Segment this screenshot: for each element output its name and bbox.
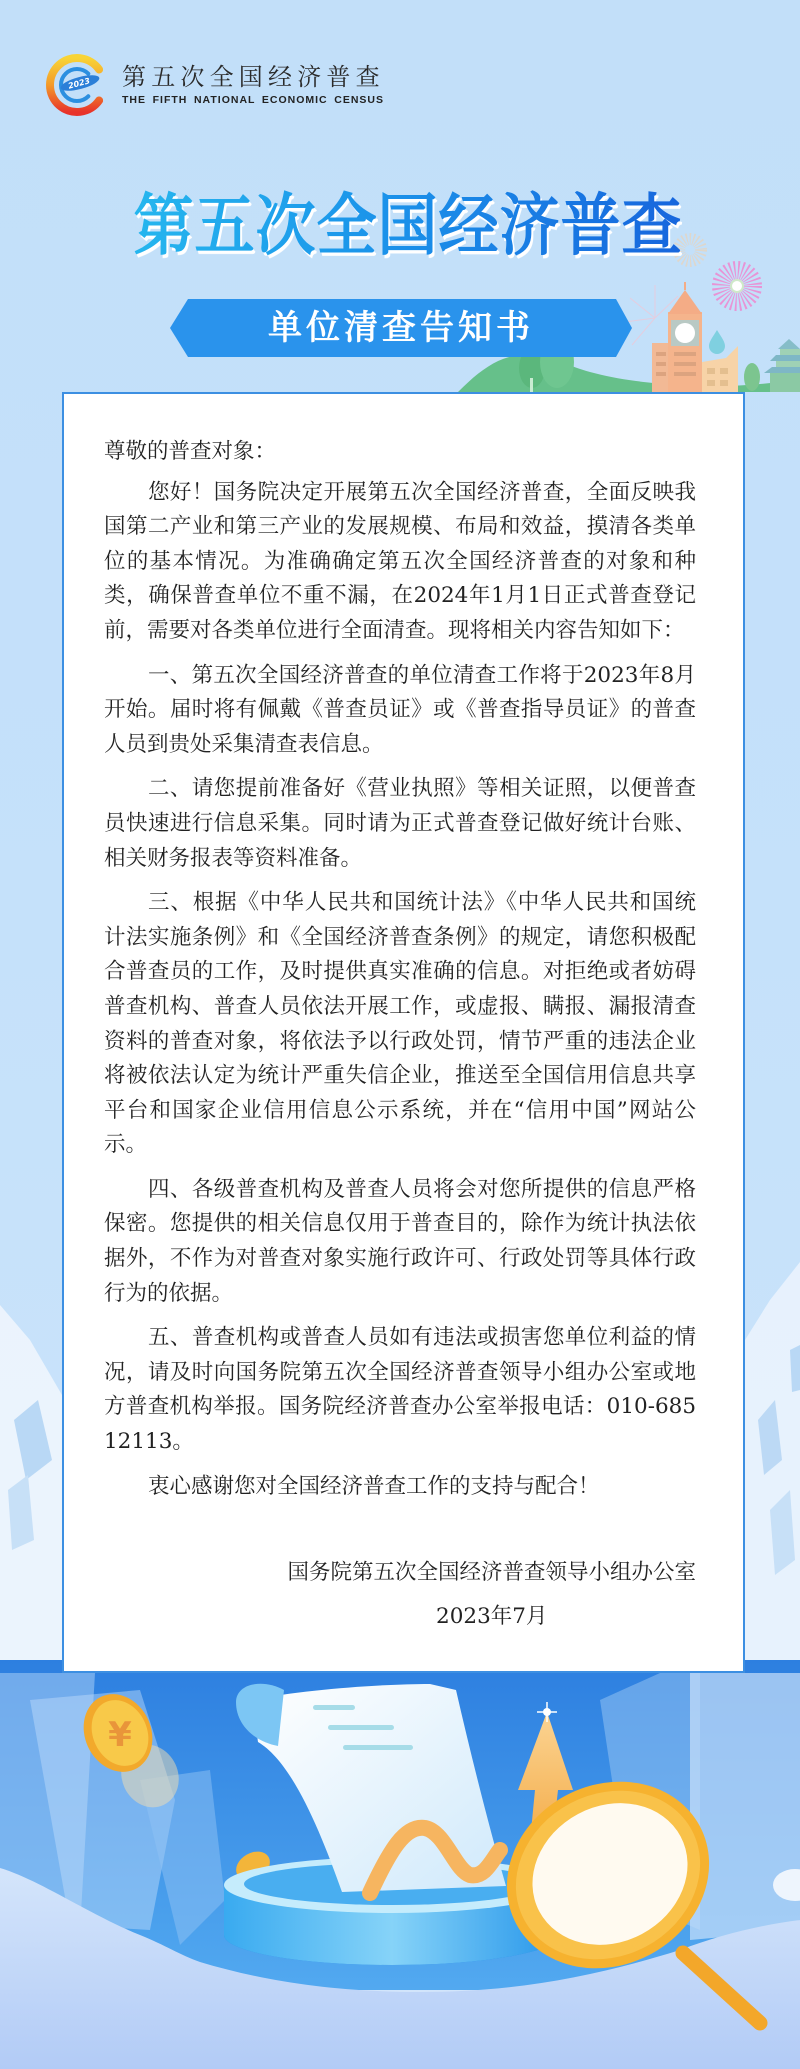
paragraph-line: 国第二产业和第三产业的发展规模、布局和效益，摸清各类单 bbox=[104, 510, 696, 545]
tree-icon bbox=[744, 363, 760, 391]
paragraph-intro: 您好！国务院决定开展第五次全国经济普查，全面反映我 国第二产业和第三产业的发展规… bbox=[104, 476, 696, 649]
paragraph-line: 类，确保普查单位不重不漏，在2024年1月1日正式普查登记 bbox=[104, 579, 696, 614]
firework-center bbox=[731, 280, 743, 292]
paragraph-line: 普查机构、普查人员依法开展工作，或虚报、瞒报、漏报清查 bbox=[104, 990, 696, 1025]
paragraph-line: 人员到贵处采集清查表信息。 bbox=[104, 728, 696, 763]
paragraph-line: 方普查机构举报。国务院经济普查办公室举报电话：010-685 bbox=[104, 1390, 696, 1425]
paragraph-line: 将被依法认定为统计严重失信企业，推送至全国信用信息共享 bbox=[104, 1059, 696, 1094]
paragraph-line: 二、请您提前准备好《营业执照》等相关证照，以便普查 bbox=[104, 772, 696, 807]
bottom-scene: ¥ bbox=[0, 1660, 800, 2069]
paragraph-line: 计法实施条例》和《全国经济普查条例》的规定，请您积极配 bbox=[104, 921, 696, 956]
paragraph-line: 平台和国家企业信用信息公示系统，并在“信用中国”网站公 bbox=[104, 1094, 696, 1129]
paragraph-line: 您好！国务院决定开展第五次全国经济普查，全面反映我 bbox=[104, 476, 696, 511]
paragraph-line: 相关财务报表等资料准备。 bbox=[104, 842, 696, 877]
paragraph-line: 12113。 bbox=[104, 1425, 696, 1460]
paragraph-item-3: 三、根据《中华人民共和国统计法》《中华人民共和国统 计法实施条例》和《全国经济普… bbox=[104, 886, 696, 1163]
page-title-text: 第五次全国经济普查 bbox=[134, 183, 683, 268]
page-title: 第五次全国经济普查 bbox=[0, 188, 800, 264]
paragraph-line: 行为的依据。 bbox=[104, 1277, 696, 1312]
greeting: 尊敬的普查对象： bbox=[104, 435, 696, 470]
paragraph-line: 合普查员的工作，及时提供真实准确的信息。对拒绝或者妨碍 bbox=[104, 955, 696, 990]
paragraph-line: 据外，不作为对普查对象实施行政许可、行政处罚等具体行政 bbox=[104, 1242, 696, 1277]
svg-text:¥: ¥ bbox=[108, 1715, 132, 1755]
paragraph-line: 示。 bbox=[104, 1128, 696, 1163]
logo-title-cn: 第五次全国经济普查 bbox=[122, 63, 385, 91]
notice-banner: 单位清查告知书 bbox=[170, 299, 632, 357]
logo-title-en: THE FIFTH NATIONAL ECONOMIC CENSUS bbox=[122, 94, 384, 106]
paragraph-line: 一、第五次全国经济普查的单位清查工作将于2023年8月 bbox=[104, 659, 696, 694]
paragraph-line: 保密。您提供的相关信息仅用于普查目的，除作为统计执法依 bbox=[104, 1207, 696, 1242]
banner-label: 单位清查告知书 bbox=[268, 299, 534, 357]
notice-card: 尊敬的普查对象： 您好！国务院决定开展第五次全国经济普查，全面反映我 国第二产业… bbox=[62, 392, 745, 1673]
paragraph-line: 五、普查机构或普查人员如有违法或损害您单位利益的情 bbox=[104, 1321, 696, 1356]
paragraph-line: 况，请及时向国务院第五次全国经济普查领导小组办公室或地 bbox=[104, 1356, 696, 1391]
paragraph-line: 资料的普查对象，将依法予以行政处罚，情节严重的违法企业 bbox=[104, 1025, 696, 1060]
paragraph-line: 前，需要对各类单位进行全面清查。现将相关内容告知如下： bbox=[104, 614, 696, 649]
signature-date: 2023年7月 bbox=[287, 1600, 696, 1635]
paragraph-item-4: 四、各级普查机构及普查人员将会对您所提供的信息严格 保密。您提供的相关信息仅用于… bbox=[104, 1173, 696, 1311]
paragraph-item-1: 一、第五次全国经济普查的单位清查工作将于2023年8月 开始。届时将有佩戴《普查… bbox=[104, 659, 696, 763]
droplet-icon bbox=[709, 330, 725, 354]
paragraph-closing: 衷心感谢您对全国经济普查工作的支持与配合！ bbox=[104, 1470, 696, 1505]
paragraph-item-2: 二、请您提前准备好《营业执照》等相关证照，以便普查 员快速进行信息采集。同时请为… bbox=[104, 772, 696, 876]
notice-body: 尊敬的普查对象： 您好！国务院决定开展第五次全国经济普查，全面反映我 国第二产业… bbox=[104, 435, 696, 1504]
paragraph-line: 位的基本情况。为准确确定第五次全国经济普查的对象和种 bbox=[104, 545, 696, 580]
paragraph-line: 开始。届时将有佩戴《普查员证》或《普查指导员证》的普查 bbox=[104, 693, 696, 728]
closing-line: 衷心感谢您对全国经济普查工作的支持与配合！ bbox=[104, 1470, 696, 1505]
census-logo-icon: 2023 bbox=[44, 52, 110, 118]
paragraph-line: 四、各级普查机构及普查人员将会对您所提供的信息严格 bbox=[104, 1173, 696, 1208]
signature-organization: 国务院第五次全国经济普查领导小组办公室 bbox=[287, 1556, 696, 1591]
paragraph-item-5: 五、普查机构或普查人员如有违法或损害您单位利益的情 况，请及时向国务院第五次全国… bbox=[104, 1321, 696, 1459]
signature-block: 国务院第五次全国经济普查领导小组办公室 2023年7月 bbox=[287, 1556, 696, 1635]
paragraph-line: 三、根据《中华人民共和国统计法》《中华人民共和国统 bbox=[104, 886, 696, 921]
paragraph-line: 员快速进行信息采集。同时请为正式普查登记做好统计台账、 bbox=[104, 807, 696, 842]
